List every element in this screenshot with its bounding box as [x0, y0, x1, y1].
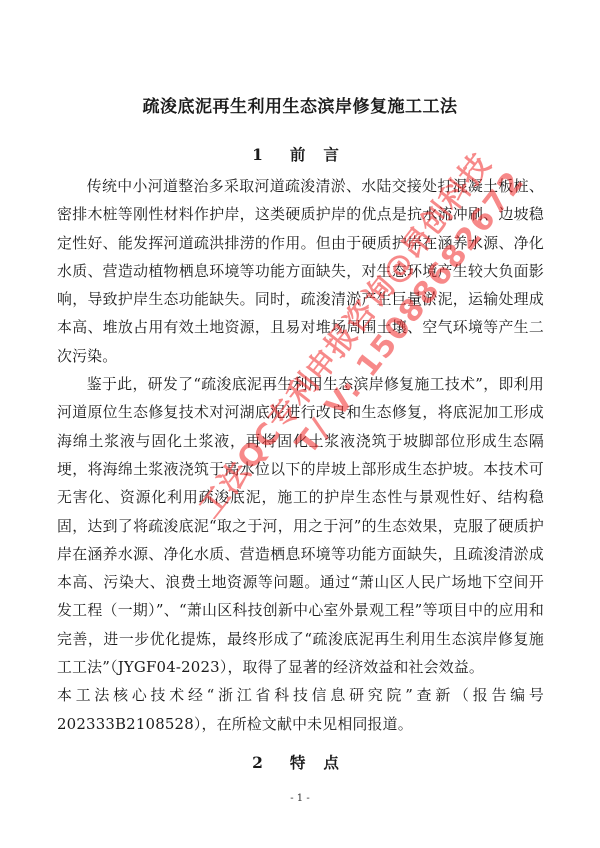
paragraph: 鉴于此，研发了“疏浚底泥再生利用生态滨岸修复施工技术”，即利用河道原位生态修复技…: [57, 370, 544, 681]
page-number: - 1 -: [0, 793, 600, 804]
paragraph: 本工法核心技术经“浙江省科技信息研究院”查新（报告编号 202333B21085…: [57, 681, 544, 738]
section-heading-word: 点: [323, 753, 339, 772]
section-number: 2: [252, 753, 263, 772]
section-heading-word: 特: [290, 753, 306, 772]
section-heading-features: 2特点: [0, 751, 600, 773]
document-page: 疏浚底泥再生利用生态滨岸修复施工工法 1前言 传统中小河道整治多采取河道疏浚清淤…: [0, 0, 600, 848]
section-number: 1: [252, 145, 263, 164]
paragraph: 传统中小河道整治多采取河道疏浚清淤、水陆交接处打混凝土板桩、密排木桩等刚性材料作…: [57, 172, 544, 370]
section-body-foreword: 传统中小河道整治多采取河道疏浚清淤、水陆交接处打混凝土板桩、密排木桩等刚性材料作…: [57, 172, 544, 738]
document-title: 疏浚底泥再生利用生态滨岸修复施工工法: [0, 92, 600, 117]
section-heading-word: 前: [290, 145, 306, 164]
section-heading-word: 言: [323, 145, 339, 164]
section-heading-foreword: 1前言: [0, 143, 600, 165]
